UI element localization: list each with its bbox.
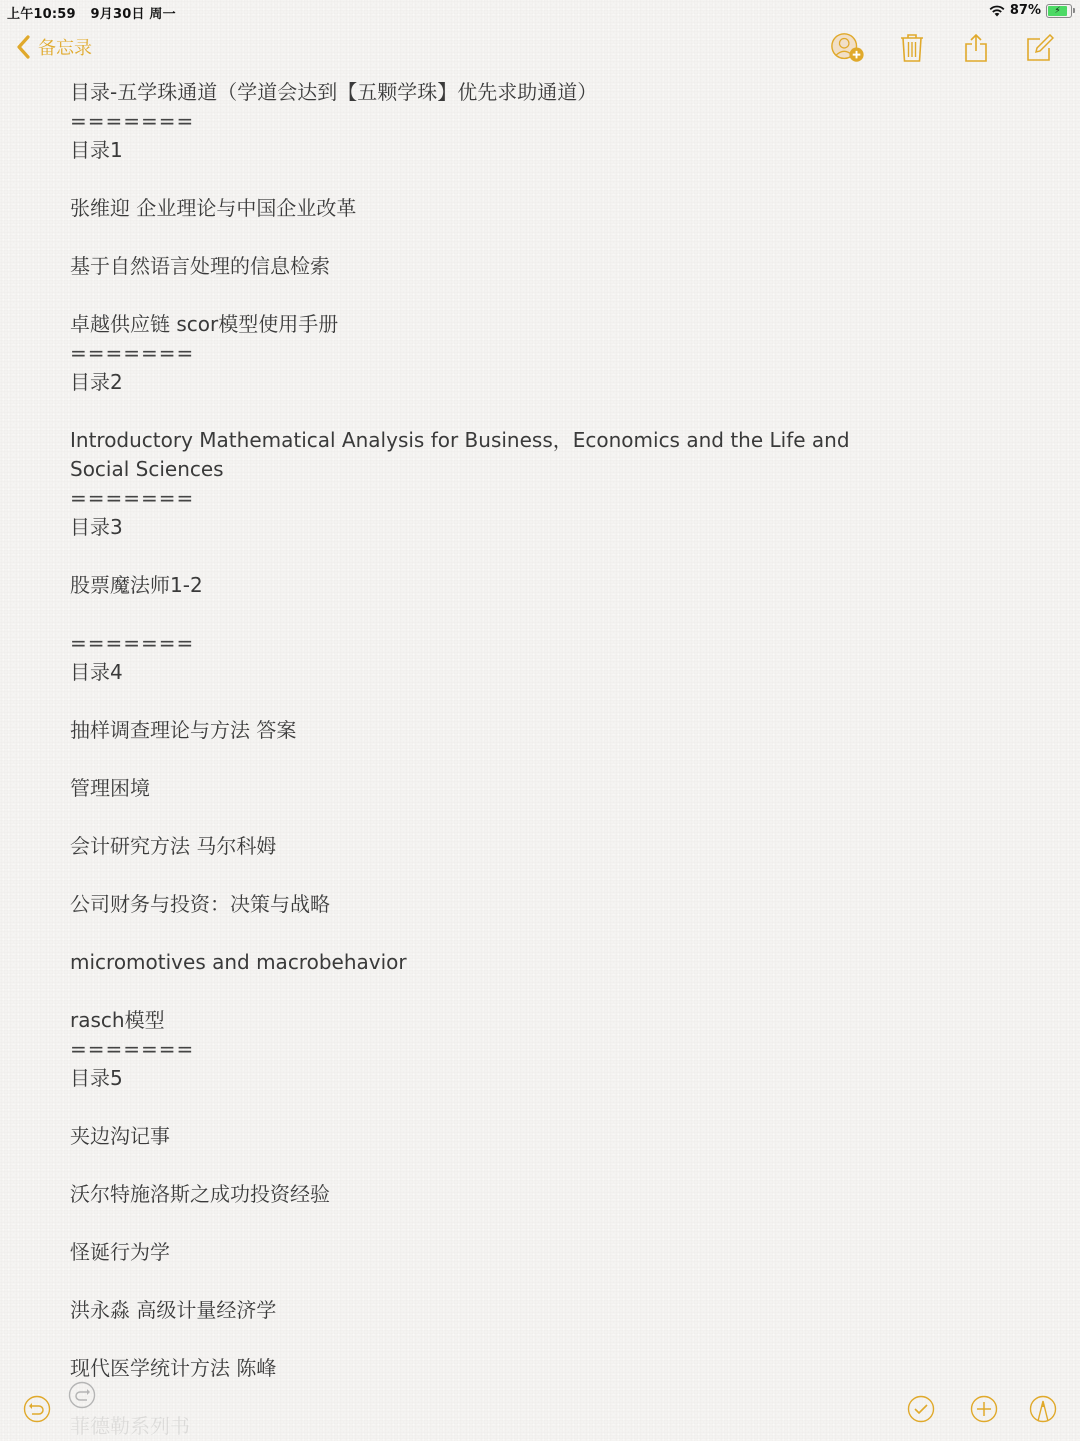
compose-icon bbox=[1026, 34, 1054, 62]
separator-line: ======= bbox=[70, 1035, 890, 1064]
battery-percent: 87% bbox=[1010, 3, 1041, 18]
back-label: 备忘录 bbox=[38, 34, 92, 60]
delete-button[interactable] bbox=[894, 30, 930, 66]
checklist-icon bbox=[907, 1395, 935, 1423]
status-right: 87% ⚡ bbox=[989, 3, 1072, 18]
note-line: 卓越供应链 scor模型使用手册 bbox=[70, 310, 890, 339]
note-line: 怪诞行为学 bbox=[70, 1238, 890, 1267]
checklist-button[interactable] bbox=[907, 1395, 935, 1423]
note-line: Introductory Mathematical Analysis for B… bbox=[70, 426, 890, 484]
note-line: rasch模型 bbox=[70, 1006, 890, 1035]
note-line: 洪永淼 高级计量经济学 bbox=[70, 1296, 890, 1325]
note-line: 基于自然语言处理的信息检索 bbox=[70, 252, 890, 281]
note-line: 夹边沟记事 bbox=[70, 1122, 890, 1151]
section-heading: 目录5 bbox=[70, 1064, 890, 1093]
battery-charging-icon: ⚡ bbox=[1048, 6, 1067, 16]
note-line: 公司财务与投资：决策与战略 bbox=[70, 890, 890, 919]
add-person-icon bbox=[830, 31, 866, 65]
blank-line bbox=[70, 223, 890, 252]
note-line: 张维迎 企业理论与中国企业改革 bbox=[70, 194, 890, 223]
separator-line: ======= bbox=[70, 629, 890, 658]
note-line: 现代医学统计方法 陈峰 bbox=[70, 1354, 890, 1383]
blank-line bbox=[70, 600, 890, 629]
markup-button[interactable] bbox=[1029, 1395, 1057, 1423]
note-line: 目录-五学珠通道（学道会达到【五颗学珠】优先求助通道） bbox=[70, 78, 890, 107]
blank-line bbox=[70, 1151, 890, 1180]
blank-line bbox=[70, 1093, 890, 1122]
blank-line bbox=[70, 803, 890, 832]
note-line: 管理困境 bbox=[70, 774, 890, 803]
blank-line bbox=[70, 861, 890, 890]
status-left: 上午10:59 9月30日 周一 bbox=[7, 3, 186, 22]
add-person-button[interactable] bbox=[830, 30, 866, 66]
share-button[interactable] bbox=[958, 30, 994, 66]
note-line: 会计研究方法 马尔科姆 bbox=[70, 832, 890, 861]
markup-pen-icon bbox=[1029, 1395, 1057, 1423]
blank-line bbox=[70, 1209, 890, 1238]
blank-line bbox=[70, 687, 890, 716]
plus-circle-icon bbox=[970, 1395, 998, 1423]
undo-button[interactable] bbox=[23, 1395, 51, 1423]
note-content[interactable]: 目录-五学珠通道（学道会达到【五颗学珠】优先求助通道）=======目录1张维迎… bbox=[70, 78, 890, 1441]
status-date: 9月30日 周一 bbox=[91, 7, 176, 22]
nav-actions bbox=[830, 30, 1058, 66]
compose-button[interactable] bbox=[1022, 30, 1058, 66]
nav-bar: 备忘录 bbox=[0, 28, 1080, 68]
status-time: 上午10:59 bbox=[7, 7, 76, 22]
note-line: 股票魔法师1-2 bbox=[70, 571, 890, 600]
separator-line: ======= bbox=[70, 484, 890, 513]
section-heading: 目录4 bbox=[70, 658, 890, 687]
section-heading: 目录2 bbox=[70, 368, 890, 397]
section-heading: 目录1 bbox=[70, 136, 890, 165]
wifi-icon bbox=[989, 5, 1005, 17]
separator-line: ======= bbox=[70, 107, 890, 136]
redo-button[interactable] bbox=[68, 1381, 96, 1409]
bottom-toolbar bbox=[0, 1381, 1080, 1441]
note-line: 沃尔特施洛斯之成功投资经验 bbox=[70, 1180, 890, 1209]
blank-line bbox=[70, 397, 890, 426]
blank-line bbox=[70, 165, 890, 194]
blank-line bbox=[70, 281, 890, 310]
undo-icon bbox=[23, 1395, 51, 1423]
back-button[interactable]: 备忘录 bbox=[14, 34, 92, 60]
status-bar: 上午10:59 9月30日 周一 87% ⚡ bbox=[0, 0, 1080, 22]
separator-line: ======= bbox=[70, 339, 890, 368]
section-heading: 目录3 bbox=[70, 513, 890, 542]
blank-line bbox=[70, 1325, 890, 1354]
trash-icon bbox=[900, 33, 924, 63]
battery-icon: ⚡ bbox=[1046, 4, 1072, 18]
blank-line bbox=[70, 1267, 890, 1296]
redo-icon bbox=[68, 1381, 96, 1409]
share-icon bbox=[964, 33, 988, 63]
blank-line bbox=[70, 919, 890, 948]
blank-line bbox=[70, 542, 890, 571]
insert-button[interactable] bbox=[970, 1395, 998, 1423]
chevron-left-icon bbox=[14, 34, 34, 60]
note-line: micromotives and macrobehavior bbox=[70, 948, 890, 977]
blank-line bbox=[70, 745, 890, 774]
blank-line bbox=[70, 977, 890, 1006]
note-line: 抽样调查理论与方法 答案 bbox=[70, 716, 890, 745]
